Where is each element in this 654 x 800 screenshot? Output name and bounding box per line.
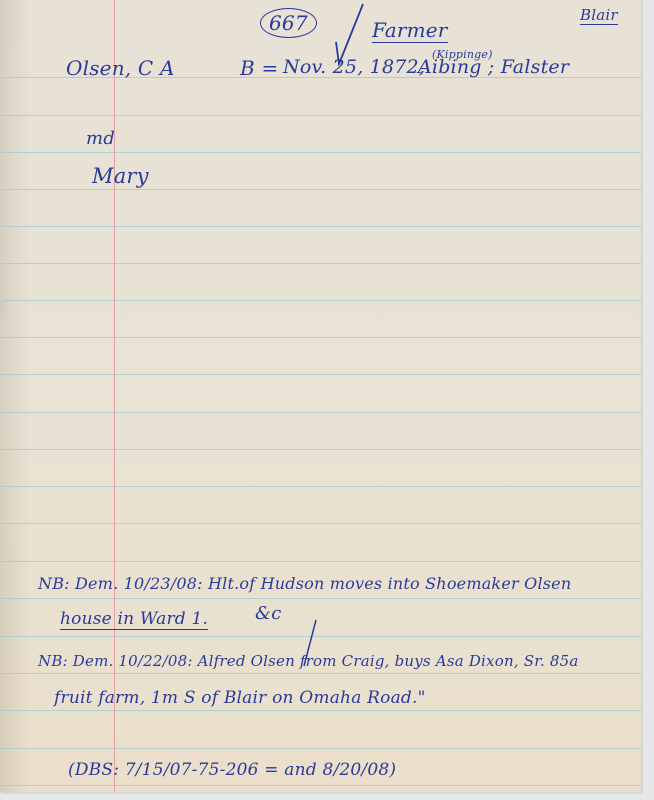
location-tag-text: Blair (580, 6, 618, 25)
ruled-line (0, 189, 641, 190)
person-name: Olsen, C A (66, 56, 175, 80)
record-number: 667 (260, 8, 317, 38)
ruled-line (0, 785, 641, 786)
note-1-annotation: &c (255, 603, 282, 624)
ruled-line (0, 486, 641, 487)
ruled-line (0, 152, 641, 153)
note-2-line-2: fruit farm, 1m S of Blair on Omaha Road.… (54, 688, 426, 708)
ruled-line (0, 748, 641, 749)
ruled-line (0, 449, 641, 450)
red-margin-line (114, 0, 115, 792)
ruled-line (0, 115, 641, 116)
ruled-line (0, 561, 641, 562)
note-1-line-1: NB: Dem. 10/23/08: Hlt.of Hudson moves i… (38, 574, 571, 593)
notebook-page: 667 Farmer Blair Olsen, C A B = Nov. 25,… (0, 0, 641, 792)
occupation: Farmer (372, 18, 448, 42)
binder-hole (0, 300, 4, 314)
ruled-line (0, 300, 641, 301)
spouse-name: Mary (92, 164, 149, 188)
spouse-label: md (86, 128, 115, 149)
ruled-line (0, 263, 641, 264)
ruled-line (0, 412, 641, 413)
ruled-line (0, 673, 641, 674)
footer-reference: (DBS: 7/15/07-75-206 = and 8/20/08) (68, 760, 396, 780)
ruled-line (0, 636, 641, 637)
ruled-line (0, 337, 641, 338)
birth-label: B = (240, 56, 278, 80)
occupation-text: Farmer (372, 18, 448, 43)
ruled-line (0, 374, 641, 375)
birth-place: Aibing ; Falster (418, 56, 569, 78)
note-1-line-2-text: house in Ward 1. (60, 609, 208, 630)
ruled-line (0, 598, 641, 599)
ruled-line (0, 226, 641, 227)
note-1-line-2: house in Ward 1. (60, 609, 208, 629)
location-tag: Blair (580, 6, 618, 24)
ruled-line (0, 710, 641, 711)
birth-date: Nov. 25, 1872, (283, 56, 425, 78)
note-2-line-1: NB: Dem. 10/22/08: Alfred Olsen from Cra… (38, 652, 579, 670)
ruled-line (0, 523, 641, 524)
